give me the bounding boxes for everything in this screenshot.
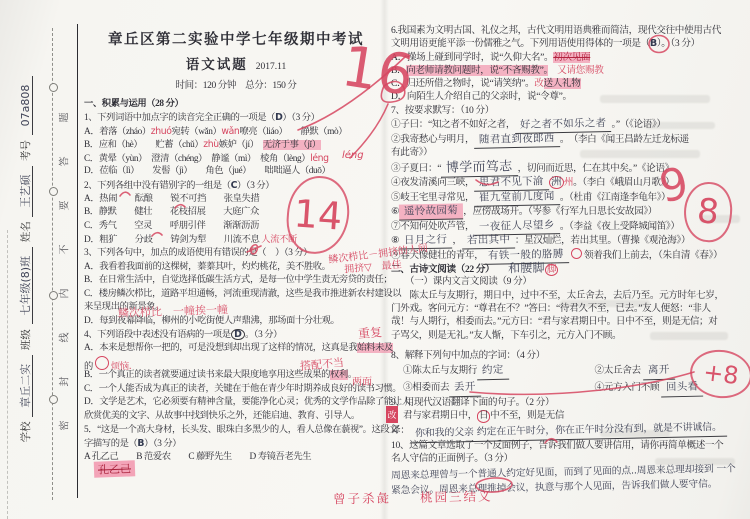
q7-item2b: 有此寄》） xyxy=(391,146,745,161)
seal-circle xyxy=(49,187,58,196)
seal-char: 题 xyxy=(56,113,71,123)
pink-highlight: 始料未及 xyxy=(357,343,393,353)
handwritten-answer: 约定 xyxy=(477,362,509,381)
red-note-chongfu: 重复 xyxy=(357,323,382,342)
q1-stem: 1、下列词语中加点字的读音完全正确的一项是（D）（3 分） xyxy=(84,111,388,125)
q6-option-d: D．向陌生人介绍自己的父亲时，说“令尊”。 xyxy=(391,90,745,103)
q1-option-d: D．莅临（lì） 发髻（jì） 角色（jué） 咄咄逼人（duō） xyxy=(84,165,388,179)
q4-stem: 4、下列语段中表述没有语病的一项是D。（3 分） xyxy=(84,329,388,343)
seal-char: 密 xyxy=(56,421,71,431)
handwritten-answer: 若出其中 xyxy=(462,233,516,250)
q9-stem: 9、用现代汉语翻译下面的句子。（2 分） xyxy=(391,396,745,409)
red-note: 又请您赐教 xyxy=(557,65,603,76)
section2-title-line: 二、古诗文阅读（22 分） 和腰脚脚 xyxy=(391,262,745,275)
q5-line1: 5．“这是一个高大身材，长头发、眼珠白多黑少的人，看人总像在藐视”。这段文 xyxy=(84,424,388,438)
red-note-examples: 曾子杀彘 桃园三结义 xyxy=(333,487,493,508)
red-grader-stamp: 改 xyxy=(386,406,398,423)
red-pinyin-correction: wǎn xyxy=(221,126,239,137)
q3-option-c1: C．楼房鳞次栉比，道路平坦通畅，河流重现清澈，这些是我市推进新农村建设以 xyxy=(84,288,388,302)
passage-line1: 陈太丘与友期行，期日中，过中不至，太丘舍去，去后乃至。元方时年七岁， xyxy=(391,289,745,302)
q6-option-a: A．操场上碰到同学时，说“久仰大名”。初次见面 xyxy=(391,51,745,64)
pink-highlight: 无济于事（jǐ） xyxy=(263,140,321,150)
handwritten-answer: 丢开 xyxy=(449,379,481,398)
red-circle-mark xyxy=(95,356,109,370)
paper-date: 2017.11 xyxy=(256,62,287,72)
q7-item1: ①子曰：“知之者不如好之者，好之者不如乐之者。”（《论语》） xyxy=(391,117,745,132)
q4-option-c: C．一个人能否成为真正的读者，关键在于他在青少年时期养成良好的读书习惯。 xyxy=(84,383,388,397)
red-pinyin-correction: zhuó xyxy=(151,126,172,137)
seal-circle xyxy=(49,395,58,404)
red-circle-mark xyxy=(571,248,582,259)
seal-char: 内 xyxy=(56,289,71,299)
outer-seal-dashed-line xyxy=(7,230,8,519)
q7-item4: ④夜发清溪向三峡，思君不见下渝洲州。（李白《峨眉山月歌》） xyxy=(391,175,745,190)
student-info-row: 学校 章丘二实 班级 七年级(8)班 姓名 王艺硕 考号 07a808 xyxy=(17,23,33,497)
class-value-handwritten: 七年级(8)班 xyxy=(19,247,33,325)
q1-option-a: A．着落（zháo）zhuó宛转（wǎn）wǎn嘹亮（liáo） 静默（mò） xyxy=(84,125,388,139)
red-pinyin-correction: léng xyxy=(310,153,329,164)
school-label: 学校 xyxy=(21,421,32,442)
handwritten-answer: 随君直到夜郎西 xyxy=(474,131,560,148)
seal-char: 封 xyxy=(56,377,71,387)
q5-pink-scribble: 孔乙己 xyxy=(94,460,136,477)
id-label: 考号 xyxy=(21,140,32,161)
class-label: 班级 xyxy=(21,329,32,350)
seal-char: 答 xyxy=(56,157,71,167)
pink-highlight-struck: 初次见面 xyxy=(553,52,590,63)
seal-dashed-line xyxy=(52,28,53,500)
margin-border-line xyxy=(77,24,78,498)
name-label: 姓名 xyxy=(21,221,32,242)
subsection-title: （一）课内文言文阅读（9 分） xyxy=(391,275,745,288)
q7-stem: 7、按要求默写：（10 分） xyxy=(391,104,745,117)
q7-item9: ⑨春天像健壮的青年，有铁一般的胳膊领着我们上前去，（朱自清《春》） xyxy=(391,248,745,263)
red-note-liangmian: 两面 xyxy=(352,373,372,388)
q9-translation-line: 译：你和我的父亲 约定在正午时分，你在正午时分没有到，就是不讲诚信。 xyxy=(391,423,745,439)
q7-item3: ③子夏曰：“博学而笃志，切问而近思，仁在其中矣。”《论语》 xyxy=(391,161,745,176)
red-correction: 州 xyxy=(564,177,573,188)
paper-title: 语文试题 xyxy=(186,57,248,72)
red-circled-char: 洲 xyxy=(549,176,564,189)
q4-option-b: B．一个真正的读者就要通过读书来最大限度地享用这些成果的权利。 xyxy=(84,369,388,383)
passage-line3: 哉！与人期行，相委而去。”元方曰：“君与家君期日中。日中不至，则是无信；对 xyxy=(391,315,745,328)
q6-option-c: C．归还所借之物时，说“请笑纳”。改送人礼物 xyxy=(391,77,745,90)
q3-option-b: B．在日常生活中，自觉选择低碳生活方式，是每一位中学生责无旁贷的责任； xyxy=(84,274,388,288)
handwritten-answer: 崔九堂前几度闻 xyxy=(474,189,560,206)
q6-line1: 6.我国素为文明古国、礼仪之邦，古代文明用语典雅而简洁，现代交往中使用古代 xyxy=(391,24,745,37)
pink-highlight: 向老师请教问题时，说“不吝赐教”。 xyxy=(406,65,548,76)
passage-line2: 门外戏。客问元方：“尊君在不？”答曰：“待君久不至，已去。”友人便怒：“非人 xyxy=(391,302,745,315)
handwritten-answer-highlighted: 遥怜故园菊 xyxy=(399,203,463,220)
id-value-handwritten: 07a808 xyxy=(19,76,33,136)
seal-char: 不 xyxy=(56,245,71,255)
seal-circle xyxy=(49,83,58,92)
red-circled-char: 日 xyxy=(477,410,490,422)
q6-option-b: B．向老师请教问题时，说“不吝赐教”。 又请您赐教 xyxy=(391,64,745,77)
scanned-exam-page: 学校 章丘二实 班级 七年级(8)班 姓名 王艺硕 考号 07a808 题 答 … xyxy=(0,0,750,519)
pink-highlight: 权利 xyxy=(330,370,348,380)
score-16: 16 xyxy=(338,39,417,105)
q4-answer-circled: D xyxy=(231,329,245,341)
seal-char: 线 xyxy=(56,333,71,343)
handwritten-answer: 离开 xyxy=(643,362,675,381)
handwritten-answer: 和腰脚 xyxy=(508,262,545,276)
q4-option-d2: 欣赏优美的文字、从故事中找到快乐之外，还能启迪、教育、引导人。 xyxy=(84,410,388,424)
name-value-handwritten: 王艺硕 xyxy=(19,166,33,217)
q4-option-d1: D．文学是艺术，它必须要有精神含量，要能净化心灵；优秀的文学作品除了能让人 xyxy=(84,396,388,410)
school-value-handwritten: 章丘二实 xyxy=(19,355,33,417)
red-circled-correction: 脚 xyxy=(545,264,558,276)
seal-char: 要 xyxy=(56,201,71,211)
q6-answer: B xyxy=(650,38,657,49)
red-pinyin-leng: léng xyxy=(342,150,364,161)
q8-stem: 8、解释下列句中加点的字词：（4 分） xyxy=(391,349,745,362)
exam-title: 章丘区第二实验中学七年级期中考试 xyxy=(84,28,388,53)
q6-line2: 文明用语更能平添一份儒雅之气。下列用语使用得体的一项是（B）。（3 分） xyxy=(391,37,745,50)
q5-line2: 字描写的是（B）（3 分） xyxy=(84,437,388,451)
right-column: 6.我国素为文明古国、礼仪之邦，古代文明用语典雅而简洁，现代交往中使用古代 文明… xyxy=(391,24,745,495)
red-pinyin-correction: zhù xyxy=(203,139,218,150)
passage-line4: 子骂父，则是无礼。”友人惭，下车引之，元方入门不顾。 xyxy=(391,329,745,342)
q7-item2: ②我寄愁心与明月，随君直到夜郎西。 （李白《闻王昌龄左迁龙标遥 xyxy=(391,132,745,147)
pink-highlight: 送人礼物 xyxy=(544,78,581,89)
red-note: 改 xyxy=(534,78,543,89)
